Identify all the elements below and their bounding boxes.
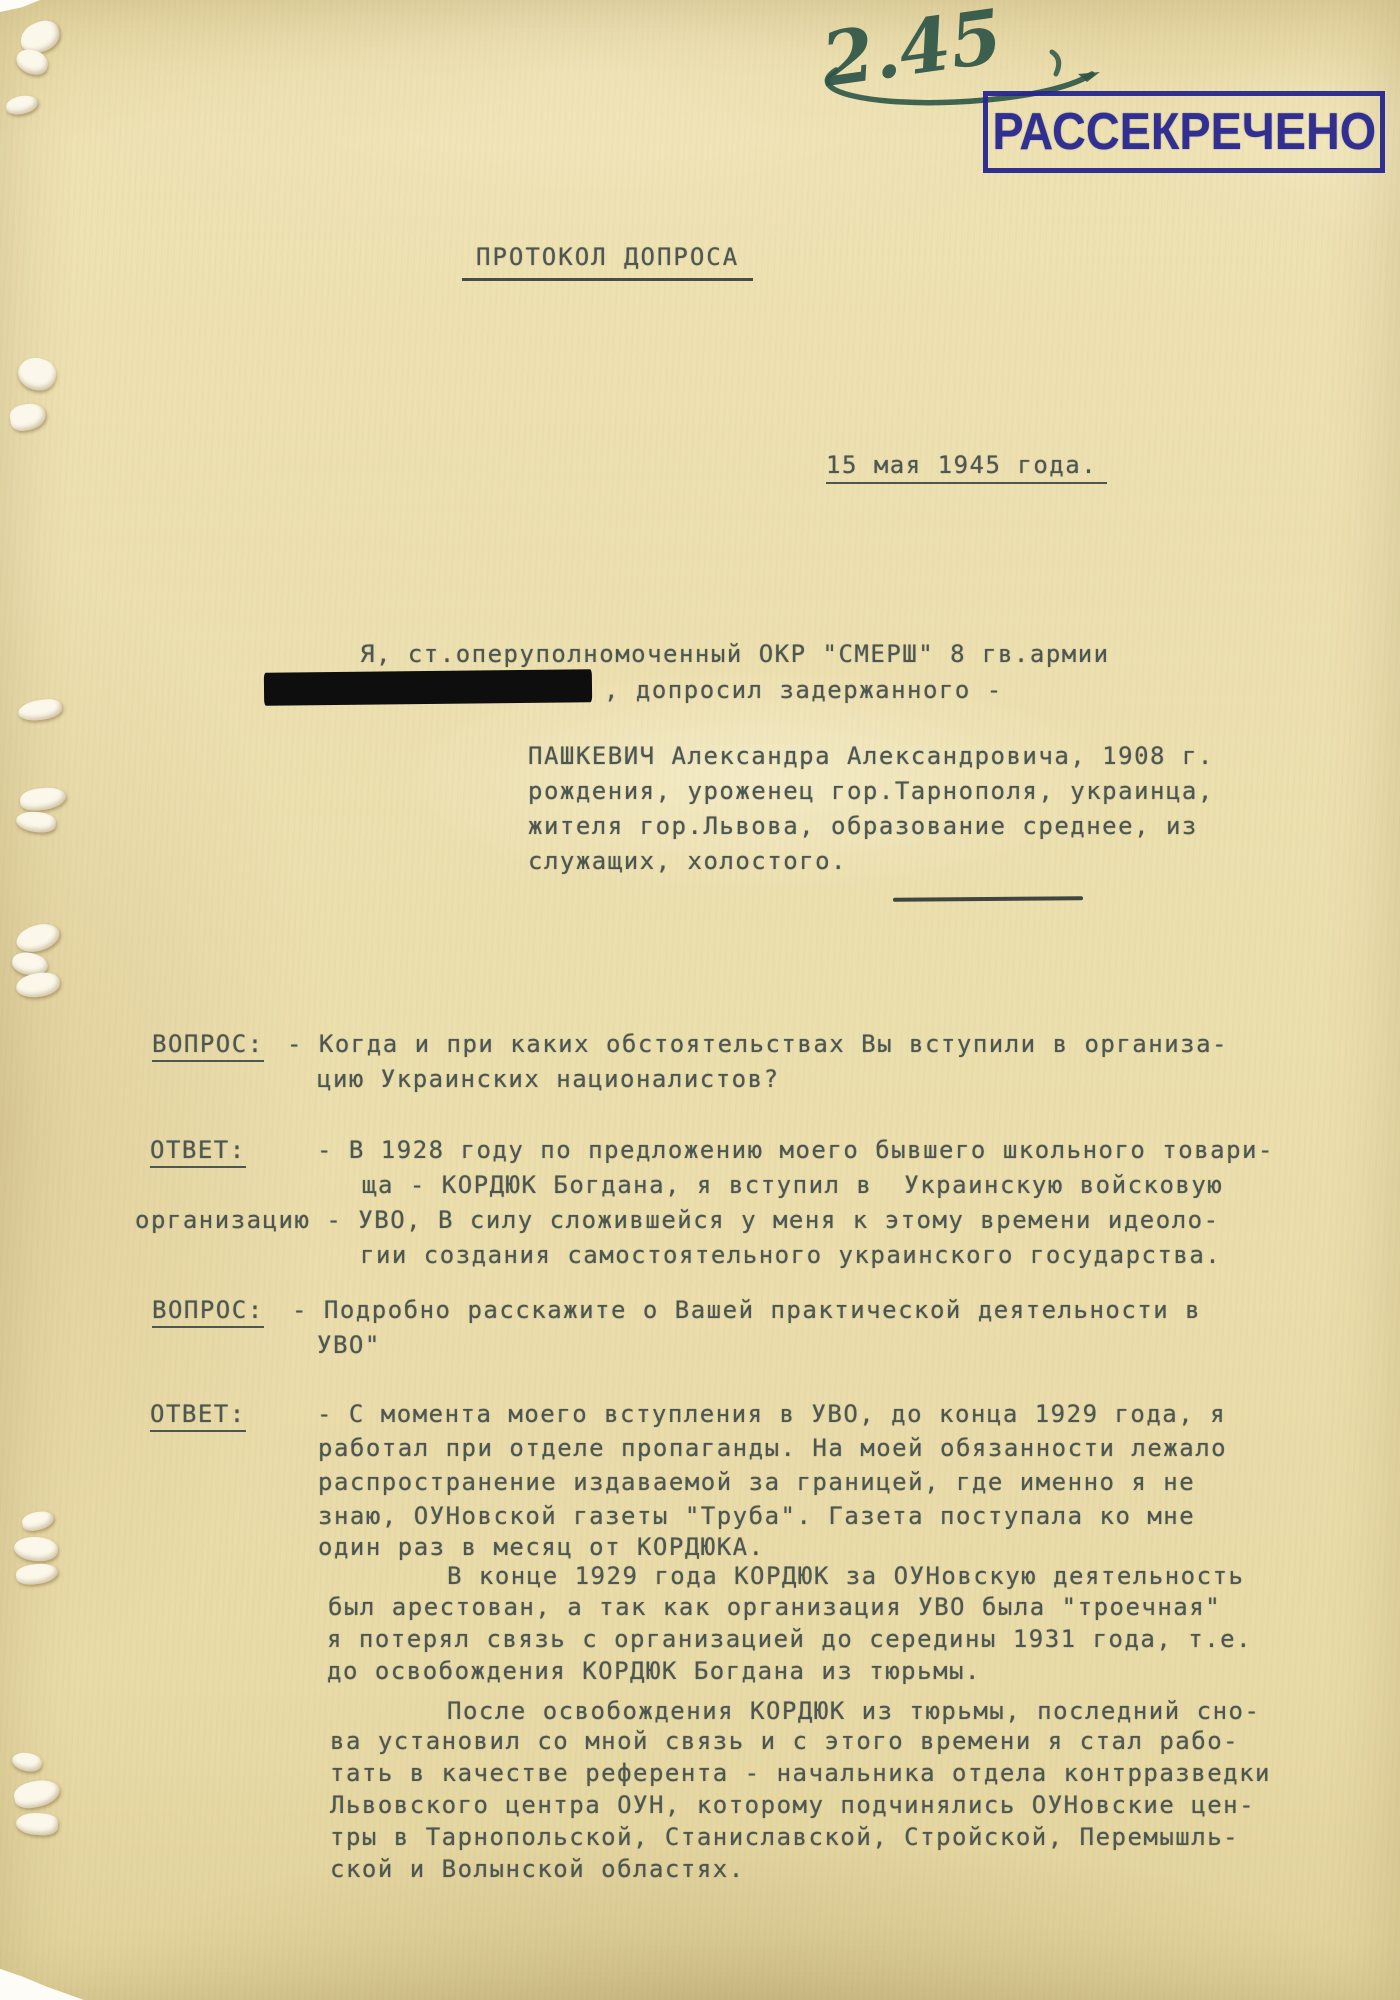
- document-title: ПРОТОКОЛ ДОПРОСА: [462, 243, 753, 281]
- answer-line: ща - КОРДЮК Богдана, я вступил в Украинс…: [362, 1171, 1223, 1199]
- punch-hole: [19, 786, 67, 812]
- punch-hole: [15, 971, 61, 998]
- torn-edge: [0, 1952, 84, 2000]
- stamp-text: РАССЕКРЕЧЕНО: [992, 102, 1376, 162]
- punch-hole: [15, 810, 57, 834]
- paragraph-line: до освобождения КОРДЮК Богдана из тюрьмы…: [327, 1657, 981, 1685]
- declassified-stamp: РАССЕКРЕЧЕНО: [983, 91, 1385, 173]
- paragraph-line: был арестован, а так как организация УВО…: [328, 1593, 1221, 1621]
- answer-line: - С момента моего вступления в УВО, до к…: [317, 1400, 1226, 1428]
- punch-hole: [14, 921, 62, 956]
- document-date: 15 мая 1945 года.: [826, 451, 1107, 484]
- paragraph-line: После освобождения КОРДЮК из тюрьмы, пос…: [447, 1697, 1260, 1725]
- question-line: - Подробно расскажите о Вашей практическ…: [292, 1296, 1201, 1324]
- paragraph-line: В конце 1929 года КОРДЮК за ОУНовскую де…: [447, 1562, 1244, 1590]
- scanned-document-page: 2.45 РАССЕКРЕЧЕНО ПРОТОКОЛ ДОПРОСА 15 ма…: [0, 0, 1400, 2000]
- detainee-line: рождения, уроженец гор.Тарнополя, украин…: [528, 777, 1214, 805]
- paragraph-line: тать в качестве референта - начальника о…: [330, 1759, 1271, 1787]
- answer-line: организацию - УВО, В силу сложившейся у …: [135, 1206, 1220, 1234]
- question-label: ВОПРОС:: [152, 1030, 264, 1062]
- question-line: цию Украинских националистов?: [317, 1065, 780, 1093]
- answer-line: знаю, ОУНовской газеты "Труба". Газета п…: [318, 1502, 1195, 1530]
- punch-hole: [17, 697, 63, 722]
- section-divider: [893, 896, 1083, 902]
- detainee-line: служащих, холостого.: [528, 847, 847, 875]
- paragraph-line: ва установил со мной связь и с этого вре…: [330, 1727, 1239, 1755]
- detainee-line: жителя гор.Львова, образование среднее, …: [528, 812, 1198, 840]
- question-line: УВО": [317, 1331, 381, 1359]
- redaction-bar: [264, 669, 592, 705]
- punch-hole: [15, 1562, 59, 1587]
- punch-hole: [12, 1778, 62, 1811]
- paragraph-line: я потерял связь с организацией до середи…: [327, 1625, 1252, 1653]
- ink-comma-mark: [1052, 52, 1059, 74]
- punch-hole: [10, 1750, 43, 1774]
- answer-line: работал при отделе пропаганды. На моей о…: [318, 1434, 1227, 1462]
- answer-label: ОТВЕТ:: [150, 1400, 246, 1432]
- page-number-digits: 2.45: [816, 2, 1007, 104]
- torn-edge: [0, 0, 40, 12]
- punch-hole: [14, 47, 50, 76]
- question-label: ВОПРОС:: [152, 1296, 264, 1328]
- answer-line: - В 1928 году по предложению моего бывше…: [317, 1136, 1274, 1164]
- answer-label: ОТВЕТ:: [150, 1136, 246, 1168]
- punch-hole: [5, 94, 39, 115]
- paragraph-line: ской и Волынской областях.: [330, 1855, 745, 1883]
- opening-line: , допросил задержанного -: [604, 676, 1003, 704]
- answer-line: распространение издаваемой за границей, …: [318, 1468, 1195, 1496]
- paragraph-line: Львовского центра ОУН, которому подчинял…: [330, 1791, 1255, 1819]
- paragraph-line: тры в Тарнопольской, Станиславской, Стро…: [330, 1823, 1239, 1851]
- question-line: - Когда и при каких обстоятельствах Вы в…: [287, 1030, 1228, 1058]
- punch-hole: [15, 1812, 58, 1837]
- punch-hole: [13, 1535, 59, 1563]
- answer-line: гии создания самостоятельного украинског…: [360, 1241, 1221, 1269]
- answer-line: один раз в месяц от КОРДЮКА.: [318, 1533, 765, 1561]
- opening-line: Я, ст.оперуполномоченный ОКР "СМЕРШ" 8 г…: [360, 640, 1110, 668]
- punch-hole: [14, 353, 60, 395]
- punch-hole: [8, 401, 48, 433]
- detainee-line: ПАШКЕВИЧ Александра Александровича, 1908…: [528, 742, 1214, 770]
- punch-hole: [21, 1509, 56, 1532]
